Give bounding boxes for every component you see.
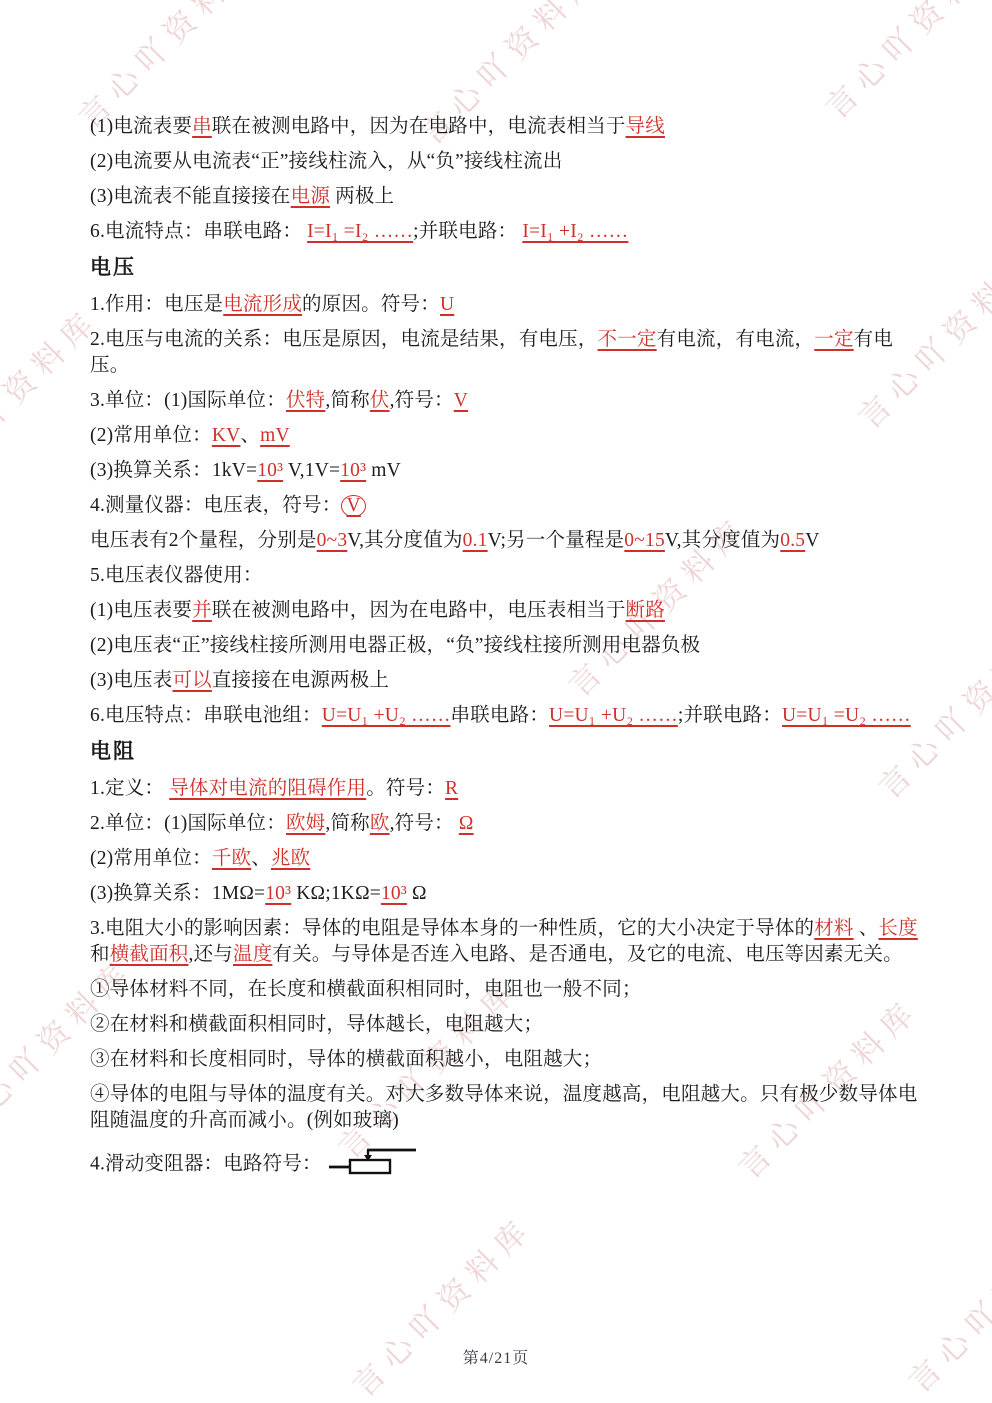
answer-blank: 长度 <box>878 918 917 939</box>
resistance-common-units: (2)常用单位：千欧、兆欧 <box>90 846 924 872</box>
text-segment: 直接接在电源两极上 <box>212 670 389 691</box>
text-segment: 3.单位：(1)国际单位： <box>90 390 286 411</box>
factor-4: ④导体的电阻与导体的温度有关。对大多数导体来说，温度越高，电阻越大。只有极少数导… <box>90 1082 924 1134</box>
header-voltage: 电压 <box>90 254 924 280</box>
answer-blank: 0.5 <box>780 530 805 551</box>
factor-3: ③在材料和长度相同时，导体的横截面积越小，电阻越大； <box>90 1047 924 1073</box>
text-segment: (3)换算关系：1kV= <box>90 460 257 481</box>
voltage-unit: 3.单位：(1)国际单位：伏特,简称伏,符号：V <box>90 388 924 414</box>
text-segment: ①导体材料不同，在长度和横截面积相同时，电阻也一般不同； <box>90 979 642 1000</box>
resistance-definition: 1.定义： 导体对电流的阻碍作用。符号：R <box>90 776 924 802</box>
text-segment: (2)电流要从电流表“正”接线柱流入，从“负”接线柱流出 <box>90 151 562 172</box>
answer-blank: 10³ <box>381 883 407 904</box>
text-segment: ④导体的电阻与导体的温度有关。对大多数导体来说，温度越高，电阻越大。只有极少数导… <box>90 1084 917 1131</box>
text-segment: Ω <box>407 883 427 904</box>
resistance-factors: 3.电阻大小的影响因素：导体的电阻是导体本身的一种性质，它的大小决定于导体的材料… <box>90 916 924 968</box>
voltage-conversion: (3)换算关系：1kV=10³ V,1V=10³ mV <box>90 458 924 484</box>
text-segment: 两极上 <box>330 186 394 207</box>
answer-blank: 伏特 <box>286 390 325 411</box>
ammeter-rule-1: (1)电流表要串联在被测电路中，因为在电路中，电流表相当于导线 <box>90 114 924 140</box>
voltage-common-units: (2)常用单位：KV、mV <box>90 423 924 449</box>
text-segment: mV <box>366 460 401 481</box>
text-segment: 、 <box>240 425 260 446</box>
answer-blank: 横截面积 <box>110 944 189 965</box>
voltmeter-rule-3: (3)电压表可以直接接在电源两极上 <box>90 668 924 694</box>
voltmeter-rule-2: (2)电压表“正”接线柱接所测用电器正极，“负”接线柱接所测用电器负极 <box>90 633 924 659</box>
text-segment: V,1V= <box>283 460 340 481</box>
text-segment: ③在材料和长度相同时，导体的横截面积越小，电阻越大； <box>90 1049 602 1070</box>
ammeter-rule-2: (2)电流要从电流表“正”接线柱流入，从“负”接线柱流出 <box>90 149 924 175</box>
text-segment: 5.电压表仪器使用： <box>90 565 263 586</box>
text-segment: ;并联电路： <box>413 221 522 242</box>
voltage-current-relation: 2.电压与电流的关系：电压是原因，电流是结果，有电压，不一定有电流，有电流，一定… <box>90 327 924 379</box>
text-segment: ,还与 <box>189 944 233 965</box>
rheostat-circuit-symbol-icon <box>328 1143 418 1187</box>
text-segment: V,其分度值为 <box>347 530 462 551</box>
answer-blank: 材料 <box>814 918 853 939</box>
text-segment: 串联电路： <box>451 705 550 726</box>
watermark: 言心吖资料库 <box>896 1199 992 1401</box>
answer-blank: V <box>454 390 468 411</box>
factor-1: ①导体材料不同，在长度和横截面积相同时，电阻也一般不同； <box>90 977 924 1003</box>
answer-blank: 断路 <box>626 600 665 621</box>
watermark: 言心吖资料库 <box>813 0 992 127</box>
text-segment: 联在被测电路中，因为在电路中，电流表相当于 <box>212 116 626 137</box>
text-segment: KΩ;1KΩ= <box>291 883 381 904</box>
answer-blank: I=I₁ +I₂ …… <box>522 221 628 242</box>
answer-blank: 导线 <box>626 116 665 137</box>
text-segment: (1)电压表要 <box>90 600 192 621</box>
text-segment: (1)电流表要 <box>90 116 192 137</box>
answer-blank: I=I₁ =I₂ …… <box>307 221 413 242</box>
text-segment: V;另一个量程是 <box>488 530 625 551</box>
text-segment: 、 <box>854 918 879 939</box>
text-segment: ,简称 <box>325 390 369 411</box>
header-resistance: 电阻 <box>90 738 924 764</box>
text-segment: 联在被测电路中，因为在电路中，电压表相当于 <box>212 600 626 621</box>
text-segment: (2)电压表“正”接线柱接所测用电器正极，“负”接线柱接所测用电器负极 <box>90 635 700 656</box>
text-segment: 、 <box>251 848 271 869</box>
text-segment: 1.作用：电压是 <box>90 294 223 315</box>
text-segment: 4.滑动变阻器：电路符号： <box>90 1153 322 1174</box>
text-segment: ;并联电路： <box>678 705 782 726</box>
voltmeter-rule-1: (1)电压表要并联在被测电路中，因为在电路中，电压表相当于断路 <box>90 598 924 624</box>
answer-blank: 兆欧 <box>271 848 310 869</box>
voltmeter-usage-title: 5.电压表仪器使用： <box>90 563 924 589</box>
answer-blank: 10³ <box>340 460 366 481</box>
current-characteristics: 6.电流特点：串联电路： I=I₁ =I₂ ……;并联电路： I=I₁ +I₂ … <box>90 219 924 245</box>
text-segment: 2.电压与电流的关系：电压是原因，电流是结果，有电压， <box>90 329 598 350</box>
text-segment: (3)电压表 <box>90 670 172 691</box>
answer-blank: Ω <box>459 813 474 834</box>
answer-blank: 电流形成 <box>223 294 302 315</box>
text-segment: 电压 <box>90 255 136 279</box>
answer-blank: 千欧 <box>212 848 251 869</box>
answer-blank: 导体对电流的阻碍作用 <box>169 778 366 799</box>
resistance-unit: 2.单位：(1)国际单位：欧姆,简称欧,符号： Ω <box>90 811 924 837</box>
resistance-conversion: (3)换算关系：1MΩ=10³ KΩ;1KΩ=10³ Ω <box>90 881 924 907</box>
answer-blank: 欧姆 <box>286 813 325 834</box>
answer-blank: 伏 <box>370 390 390 411</box>
text-segment: ,符号： <box>390 813 459 834</box>
text-segment: 电阻 <box>90 739 136 763</box>
answer-blank: 可以 <box>172 670 211 691</box>
answer-blank: 一定 <box>814 329 853 350</box>
text-segment: 6.电压特点：串联电池组： <box>90 705 322 726</box>
answer-blank: U <box>440 294 454 315</box>
answer-blank: U=U₁ +U₂ …… <box>322 705 451 726</box>
factor-2: ②在材料和横截面积相同时，导体越长，电阻越大； <box>90 1012 924 1038</box>
answer-blank: 0~3 <box>317 530 348 551</box>
text-segment: ,符号： <box>390 390 454 411</box>
text-segment: 1.定义： <box>90 778 169 799</box>
answer-blank: mV <box>260 425 290 446</box>
text-segment: 有电流，有电流， <box>657 329 815 350</box>
text-segment: 电压表有2个量程，分别是 <box>90 530 317 551</box>
text-segment: V <box>805 530 819 551</box>
text-segment: V,其分度值为 <box>665 530 780 551</box>
text-segment: (2)常用单位： <box>90 848 212 869</box>
answer-blank: 0.1 <box>463 530 488 551</box>
answer-blank: 10³ <box>257 460 283 481</box>
text-segment: 和 <box>90 944 110 965</box>
text-segment: 3.电阻大小的影响因素：导体的电阻是导体本身的一种性质，它的大小决定于导体的 <box>90 918 814 939</box>
answer-blank: 10³ <box>265 883 291 904</box>
answer-blank: U=U₁ =U₂ …… <box>782 705 911 726</box>
ammeter-rule-3: (3)电流表不能直接接在电源 两极上 <box>90 184 924 210</box>
voltage-characteristics: 6.电压特点：串联电池组：U=U₁ +U₂ ……串联电路：U=U₁ +U₂ ……… <box>90 703 924 729</box>
text-segment: 6.电流特点：串联电路： <box>90 221 307 242</box>
text-segment: (2)常用单位： <box>90 425 212 446</box>
answer-blank: 不一定 <box>598 329 657 350</box>
text-segment: 。符号： <box>366 778 445 799</box>
answer-blank: KV <box>212 425 241 446</box>
answer-blank: V <box>341 495 365 517</box>
answer-blank: 电源 <box>291 186 330 207</box>
text-segment: 的原因。符号： <box>302 294 440 315</box>
answer-blank: 温度 <box>233 944 272 965</box>
voltage-function: 1.作用：电压是电流形成的原因。符号：U <box>90 292 924 318</box>
voltage-meter: 4.测量仪器：电压表，符号：V <box>90 493 924 519</box>
sliding-rheostat: 4.滑动变阻器：电路符号： <box>90 1143 924 1187</box>
text-segment: (3)换算关系：1MΩ= <box>90 883 265 904</box>
answer-blank: 串 <box>192 116 212 137</box>
answer-blank: U=U₁ +U₂ …… <box>549 705 678 726</box>
answer-blank: 0~15 <box>624 530 665 551</box>
document-body: (1)电流表要串联在被测电路中，因为在电路中，电流表相当于导线(2)电流要从电流… <box>90 114 924 1196</box>
text-segment: 有关。与导体是否连入电路、是否通电，及它的电流、电压等因素无关。 <box>272 944 902 965</box>
text-segment: 2.单位：(1)国际单位： <box>90 813 286 834</box>
page-number: 第4/21页 <box>0 1345 992 1368</box>
answer-blank: 并 <box>192 600 212 621</box>
watermark: 言心吖资料库 <box>340 1203 542 1403</box>
text-segment: (3)电流表不能直接接在 <box>90 186 291 207</box>
text-segment: ,简称 <box>325 813 369 834</box>
answer-blank: R <box>445 778 458 799</box>
text-segment: 4.测量仪器：电压表，符号： <box>90 495 341 516</box>
answer-blank: 欧 <box>370 813 390 834</box>
voltmeter-ranges: 电压表有2个量程，分别是0~3V,其分度值为0.1V;另一个量程是0~15V,其… <box>90 528 924 554</box>
text-segment: ②在材料和横截面积相同时，导体越长，电阻越大； <box>90 1014 543 1035</box>
